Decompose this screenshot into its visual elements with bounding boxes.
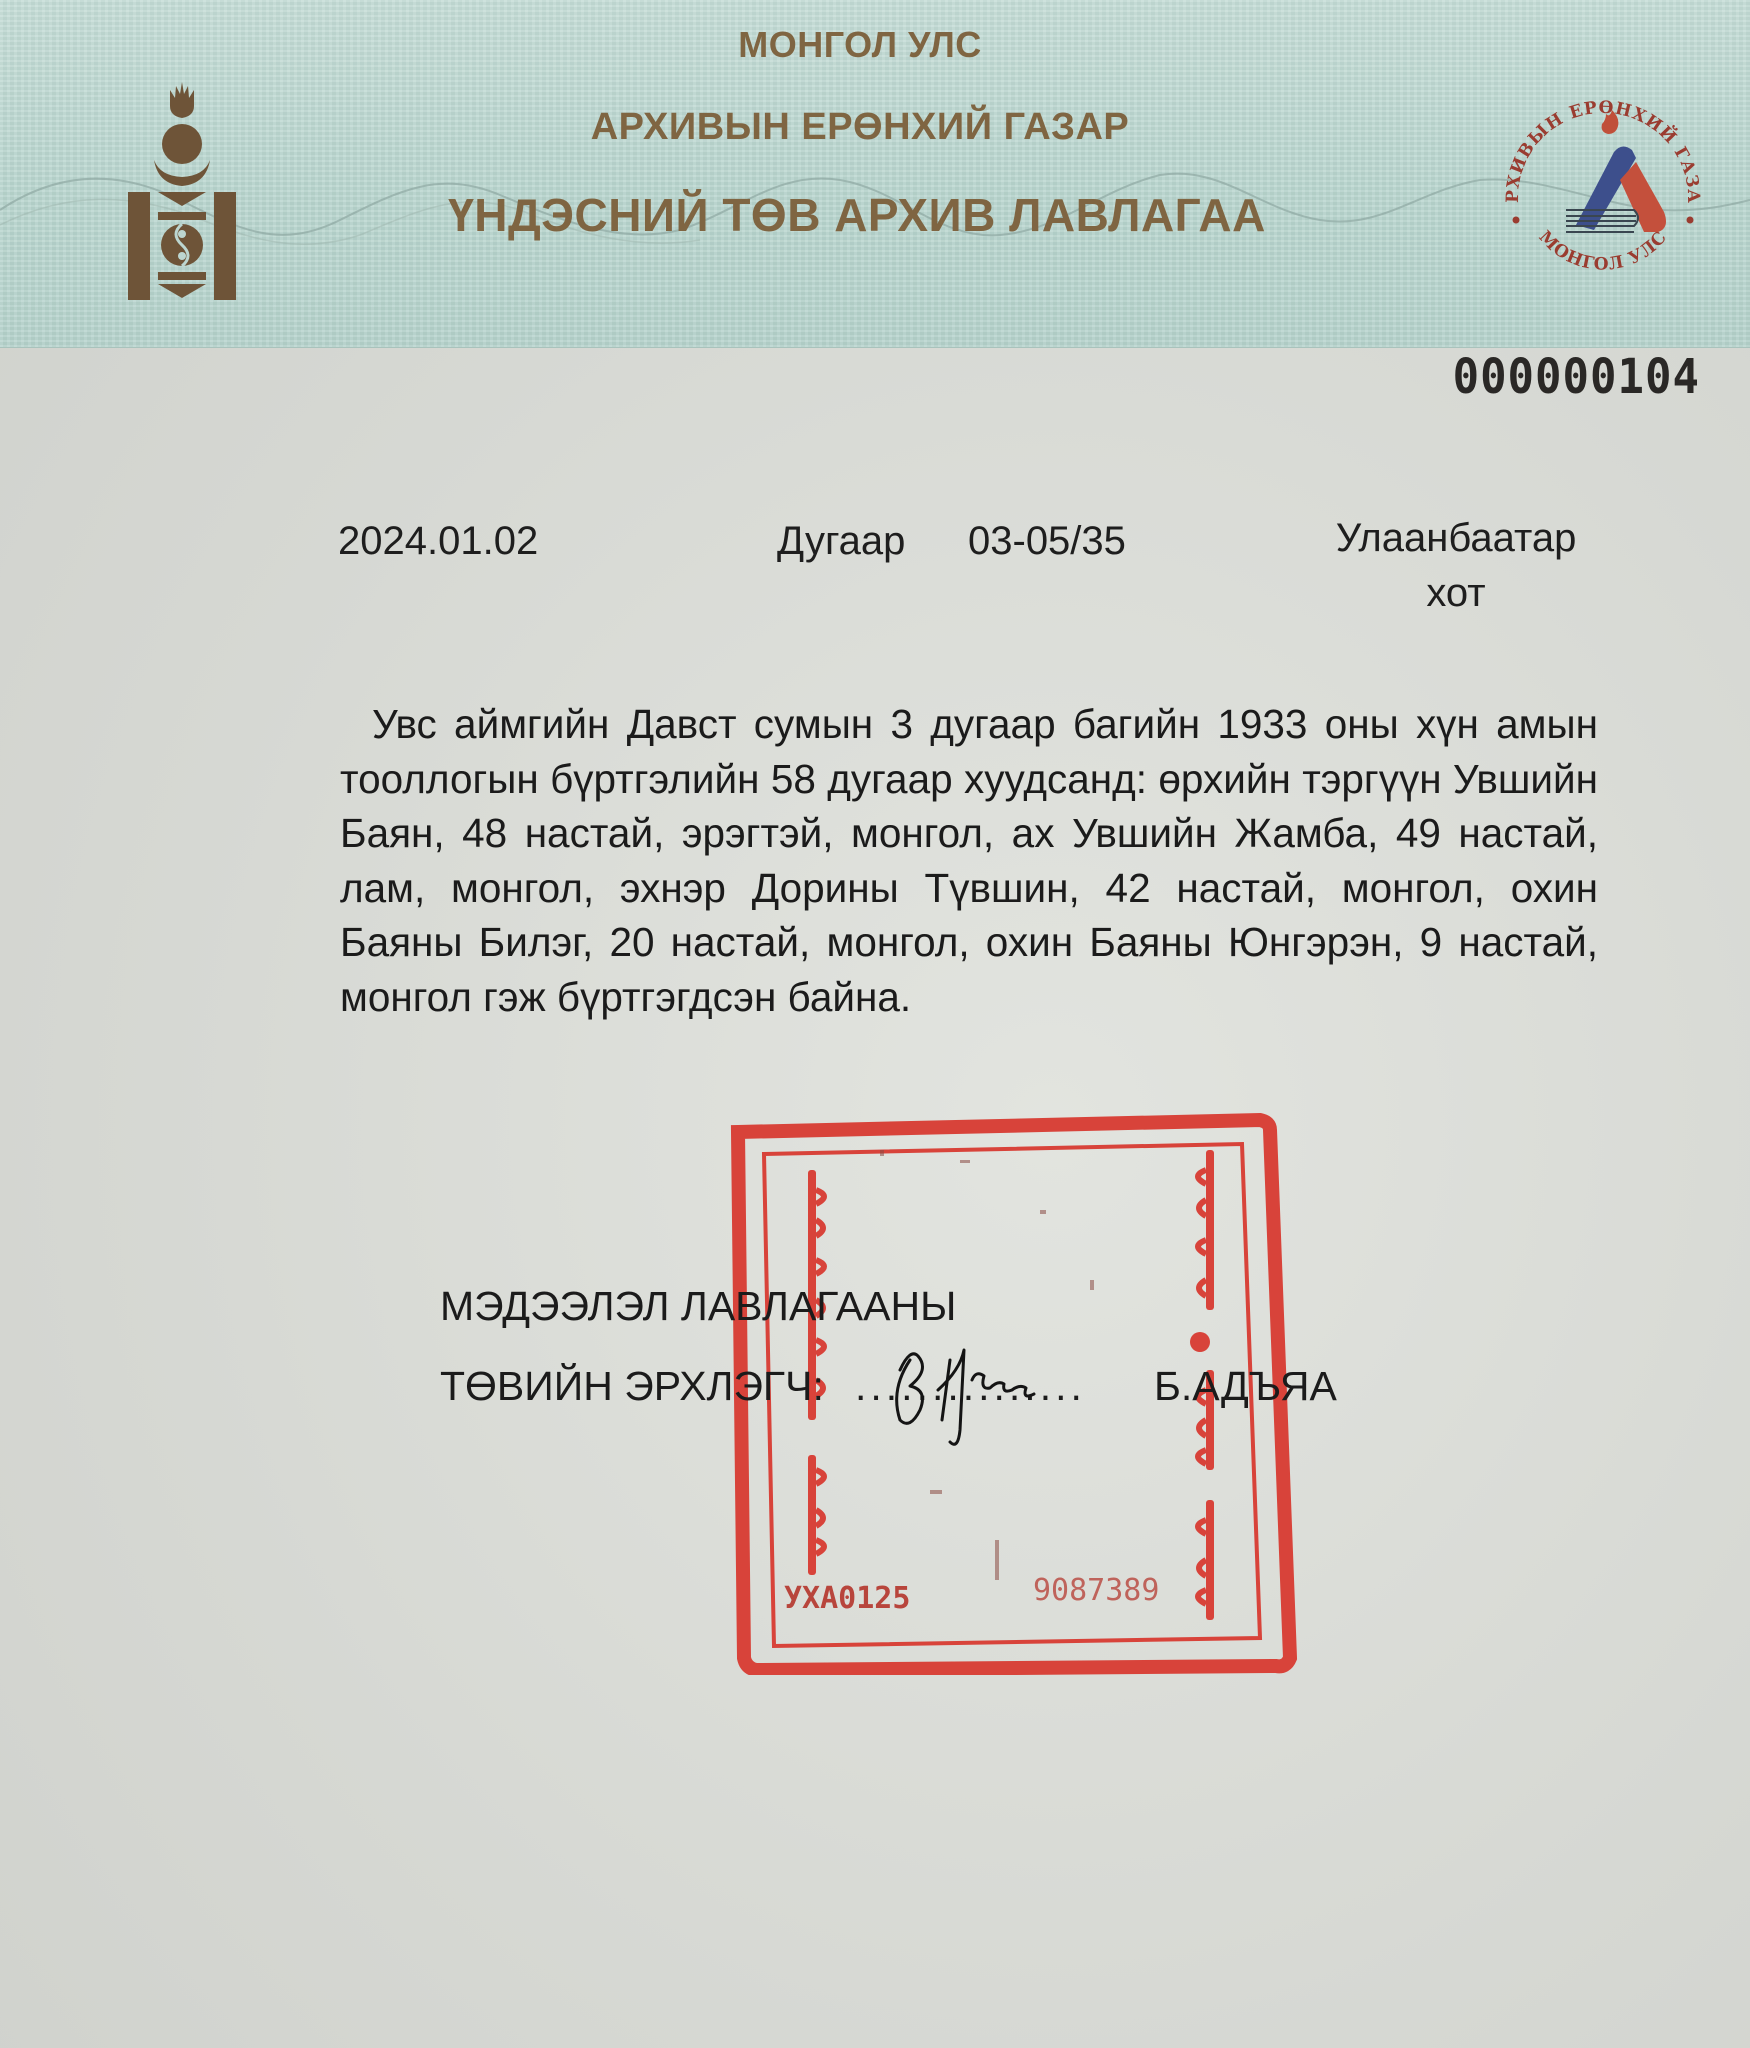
svg-text:МОНГОЛ УЛС: МОНГОЛ УЛС: [1535, 227, 1672, 275]
city-suffix: хот: [1296, 566, 1616, 621]
stamp-code-right: 9087389: [1033, 1573, 1159, 1608]
handwritten-signature-icon: [880, 1330, 1080, 1450]
signer-title-line-1: МЭДЭЭЛЭЛ ЛАВЛАГААНЫ: [440, 1283, 956, 1330]
document-number-label: Дугаар: [777, 519, 905, 564]
stamp-code-left: УХА0125: [784, 1581, 910, 1616]
serial-number: 000000104: [1453, 349, 1700, 405]
seal-ring-text-bottom: МОНГОЛ УЛС: [1535, 227, 1672, 275]
document-city: Улаанбаатар хот: [1296, 511, 1616, 621]
reference-body-paragraph: Увс аймгийн Давст сумын 3 дугаар багийн …: [340, 697, 1598, 1024]
document-number: 03-05/35: [968, 519, 1126, 564]
signer-name: Б.АДЪЯА: [1154, 1363, 1337, 1410]
header-country: МОНГОЛ УЛС: [0, 24, 1720, 66]
signer-title-line-2: ТӨВИЙН ЭРХЛЭГЧ:: [440, 1363, 824, 1410]
header-document-type: ҮНДЭСНИЙ ТӨВ АРХИВ ЛАВЛАГАА: [0, 188, 1717, 242]
header-band: МОНГОЛ УЛС АРХИВЫН ЕРӨНХИЙ ГАЗАР ҮНДЭСНИ…: [0, 0, 1750, 348]
archives-seal-logo-icon: АРХИВЫН ЕРӨНХИЙ ГАЗАР МОНГОЛ УЛС: [1494, 80, 1712, 298]
city-name: Улаанбаатар: [1296, 511, 1616, 566]
document-date: 2024.01.02: [338, 519, 538, 564]
header-agency: АРХИВЫН ЕРӨНХИЙ ГАЗАР: [0, 106, 1720, 149]
